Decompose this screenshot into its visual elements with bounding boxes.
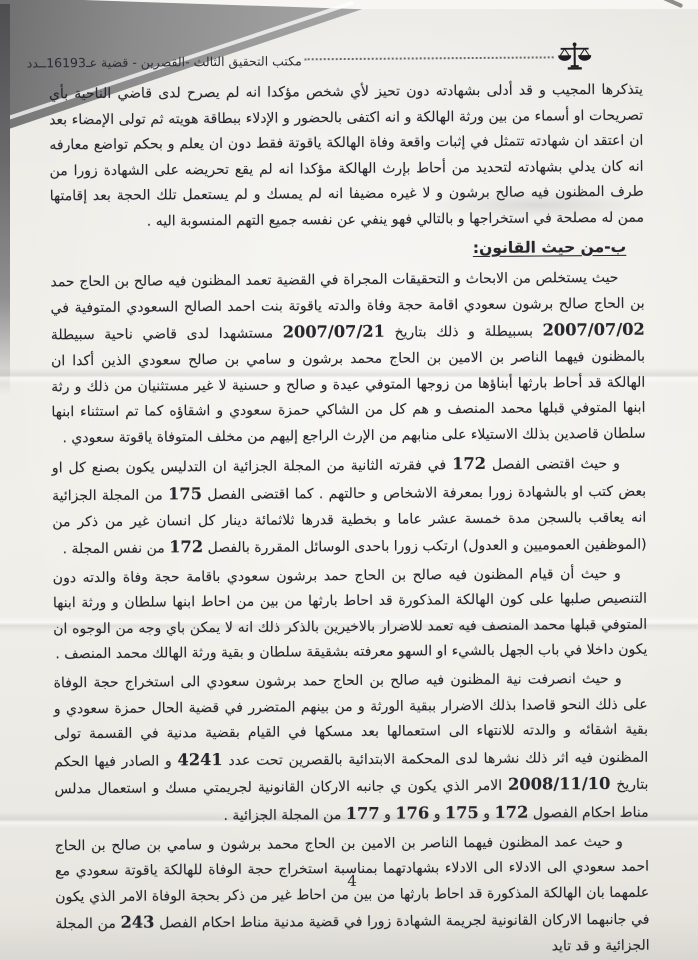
bold-number: 177 xyxy=(346,804,380,823)
bold-number: 243 xyxy=(120,913,154,932)
bold-number: 172 xyxy=(169,537,203,556)
bold-number: 2007/07/02 xyxy=(543,320,645,340)
bold-number: 176 xyxy=(395,803,429,822)
bold-number: 4241 xyxy=(177,750,222,769)
scanned-document-page: مكتب التحقيق الثالث -القصرين - قضية عـ16… xyxy=(0,0,698,960)
paragraph: و حيث عمد المظنون فيهما الناصر بن الامين… xyxy=(55,829,650,960)
paragraph: و حيث انصرفت نية المظنون فيه صالح بن الح… xyxy=(53,667,648,831)
scales-of-justice-icon xyxy=(557,41,593,71)
section-heading: ب-من حيث القانون: xyxy=(50,234,644,264)
bold-number: 172 xyxy=(494,803,528,822)
bold-number: 2007/07/21 xyxy=(283,322,385,342)
bold-number: 175 xyxy=(445,803,479,822)
bold-number: 2008/11/10 xyxy=(508,774,610,794)
case-reference: مكتب التحقيق الثالث -القصرين - قضية عـ16… xyxy=(27,53,302,70)
paragraph: يتذكرها المجيب و قد أدلى بشهادته دون تحي… xyxy=(49,78,644,236)
bold-number: 175 xyxy=(168,484,202,503)
document-body: يتذكرها المجيب و قد أدلى بشهادته دون تحي… xyxy=(49,78,650,960)
paragraph: حيث يستخلص من الابحاث و التحقيقات المجرا… xyxy=(50,266,645,452)
paragraph: و حيث أن قيام المظنون فيه صالح بن الحاج … xyxy=(53,561,648,668)
page-content: مكتب التحقيق الثالث -القصرين - قضية عـ16… xyxy=(0,0,698,960)
header-dashed-rule xyxy=(305,56,554,60)
paragraph: و حيث اقتضى الفصل 172 في فقرته الثانية م… xyxy=(52,450,647,563)
bold-number: 172 xyxy=(452,454,486,473)
page-header: مكتب التحقيق الثالث -القصرين - قضية عـ16… xyxy=(27,45,593,75)
